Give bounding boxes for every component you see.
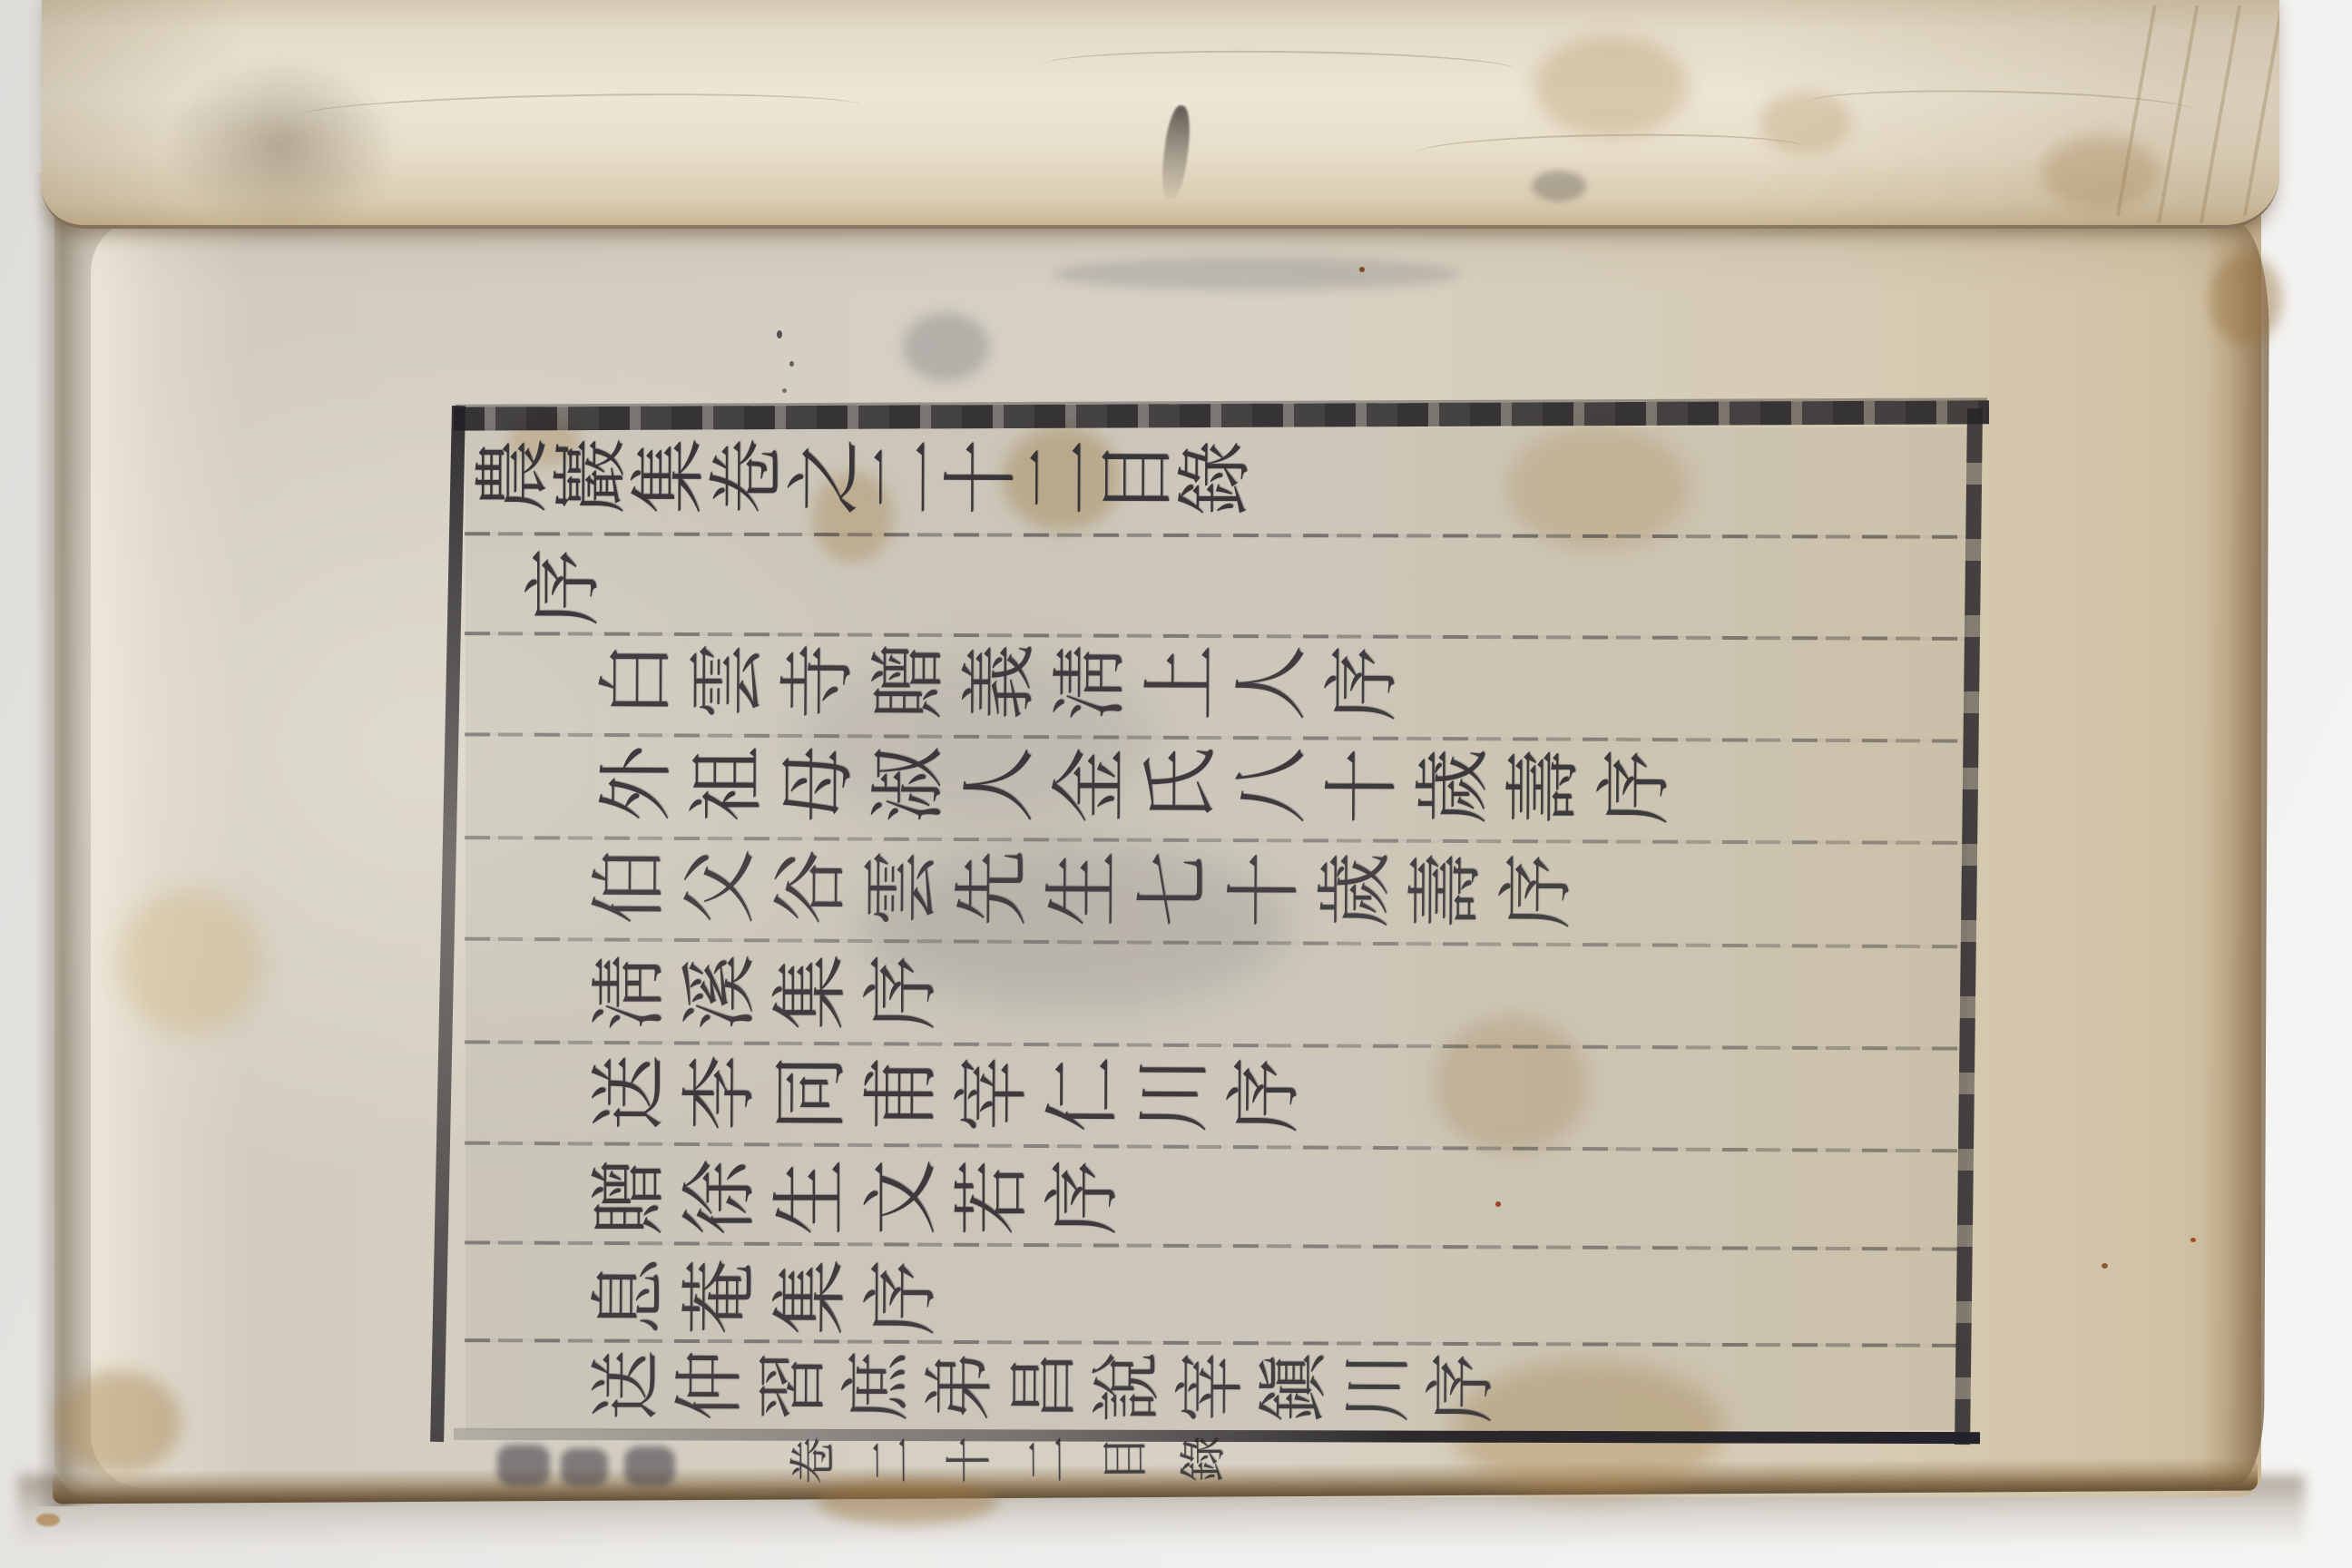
smudged-footer-characters: [497, 1445, 550, 1486]
toc-entry-column: 伯父谷雲先生七十歲壽序: [588, 854, 1622, 937]
page-left-edge-shadow: [34, 172, 98, 1506]
stain: [1534, 36, 1688, 136]
toc-entry-column: 外祖母淑人金氏八十歲壽序: [595, 751, 1720, 833]
toc-entry-column: 送李同甫宰仁川序: [588, 1060, 1350, 1142]
stain: [118, 889, 263, 1034]
stain: [54, 1370, 181, 1475]
toc-entry-column: 淸溪集序: [588, 960, 987, 1038]
toc-entry-text: 伯父谷雲先生七十歲壽序: [588, 854, 1586, 936]
smudged-footer-characters: [624, 1446, 675, 1486]
toc-entry-text: 白雲寺贈義淸上人序: [595, 648, 1412, 728]
ink-speck: [777, 330, 782, 338]
rust-speck: [2102, 1263, 2108, 1269]
red-fiber: [2190, 1238, 2196, 1242]
volume-title-text: 農巖集卷之二十二目錄: [472, 443, 1252, 522]
stain: [1760, 91, 1851, 154]
rust-speck: [1359, 267, 1365, 272]
toc-entry-text: 送仲習庶弟昌說宰鎭川序: [588, 1356, 1506, 1430]
volume-title-column: 農巖集卷之二十二目錄: [472, 443, 1252, 525]
toc-entry-column: 白雲寺贈義淸上人序: [595, 648, 1448, 730]
toc-entry-column: 息菴集序: [588, 1264, 987, 1344]
section-heading-column: 序: [522, 555, 612, 635]
toc-entry-column: 贈徐生文若序: [588, 1165, 1169, 1243]
show-through-smudge: [903, 313, 989, 381]
ink-smudge: [1532, 171, 1586, 201]
show-through-smudge: [1053, 258, 1461, 290]
stain: [2042, 136, 2160, 209]
toc-entry-column: 送仲習庶弟昌說宰鎭川序: [588, 1356, 1550, 1432]
photograph-of-open-book: 農巖集卷之二十二目錄 序 白雲寺贈義淸上人序 外祖母淑人金氏八十歲壽序 伯父谷雲…: [0, 0, 2352, 1568]
toc-entry-text: 淸溪集序: [588, 960, 951, 1036]
smudged-footer-characters: [561, 1448, 608, 1486]
toc-entry-text: 贈徐生文若序: [588, 1165, 1132, 1241]
spine-fold-shadow: [163, 54, 399, 236]
toc-entry-text: 息菴集序: [588, 1264, 951, 1342]
toc-entry-text: 送李同甫宰仁川序: [588, 1060, 1314, 1139]
page-right-deckle-edge: [2200, 221, 2269, 1485]
page-left-edge-curl: [91, 218, 245, 1488]
ink-speck: [782, 388, 787, 393]
toc-entry-text: 外祖母淑人金氏八十歲壽序: [595, 751, 1684, 831]
footer-edge-column: 卷二十二目錄: [788, 1440, 1296, 1492]
footer-edge-text: 卷二十二目錄: [788, 1440, 1256, 1490]
section-heading-text: 序: [522, 555, 600, 633]
stain: [2210, 254, 2282, 345]
debris-fleck: [36, 1514, 60, 1526]
ink-speck: [789, 361, 794, 367]
